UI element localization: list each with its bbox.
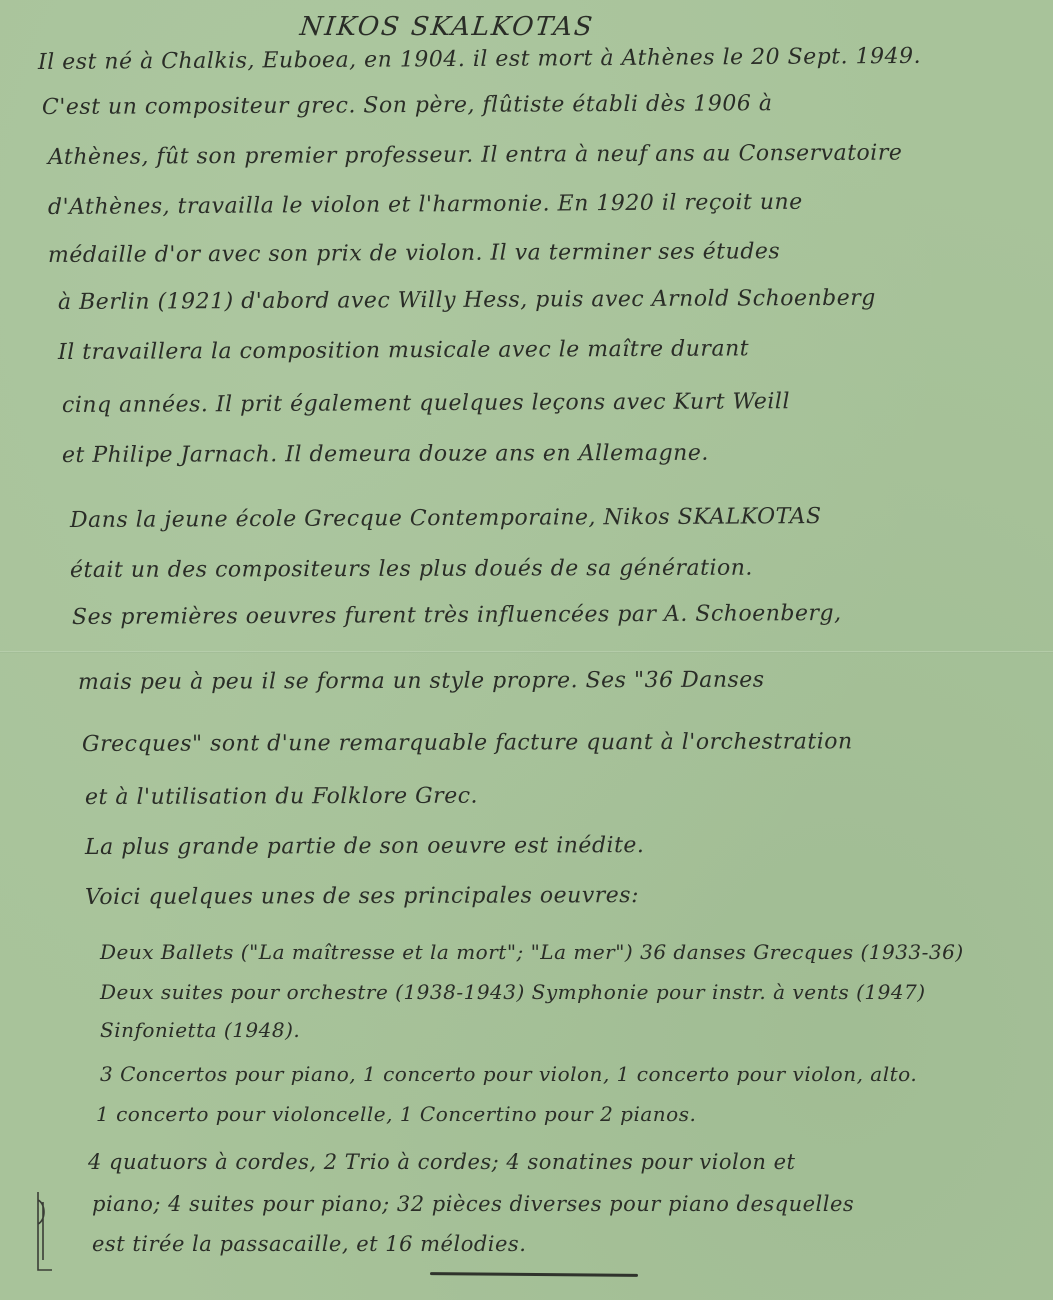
text-line: et à l'utilisation du Folklore Grec. [85, 784, 478, 810]
text-line: mais peu à peu il se forma un style prop… [78, 668, 765, 695]
text-line: était un des compositeurs les plus doués… [70, 556, 753, 583]
text-line: et Philipe Jarnach. Il demeura douze ans… [62, 441, 709, 468]
text-line: Voici quelques unes de ses principales o… [85, 883, 639, 910]
works-line: 1 concerto pour violoncelle, 1 Concertin… [96, 1102, 696, 1126]
text-line: à Berlin (1921) d'abord avec Willy Hess,… [58, 286, 876, 315]
text-line: cinq années. Il prit également quelques … [62, 389, 790, 418]
text-line: médaille d'or avec son prix de violon. I… [48, 239, 780, 268]
text-line: La plus grande partie de son oeuvre est … [85, 833, 644, 860]
text-line: Grecques" sont d'une remarquable facture… [82, 729, 853, 757]
paper-fold-line [0, 651, 1053, 653]
text-line: Dans la jeune école Grecque Contemporain… [70, 504, 822, 533]
text-line: Athènes, fût son premier professeur. Il … [48, 141, 902, 170]
text-line: Il travaillera la composition musicale a… [58, 336, 749, 365]
works-line: est tirée la passacaille, et 16 mélodies… [92, 1232, 526, 1256]
works-line: Deux suites pour orchestre (1938-1943) S… [100, 980, 926, 1004]
works-line: 4 quatuors à cordes, 2 Trio à cordes; 4 … [88, 1150, 795, 1174]
works-line: piano; 4 suites pour piano; 32 pièces di… [92, 1192, 854, 1216]
works-line: Sinfonietta (1948). [100, 1018, 300, 1042]
margin-annotation-mark [32, 1190, 54, 1275]
text-line: C'est un compositeur grec. Son père, flû… [42, 91, 773, 120]
text-line: Ses premières oeuvres furent très influe… [72, 601, 842, 630]
works-line: 3 Concertos pour piano, 1 concerto pour … [100, 1062, 917, 1086]
document-title: NIKOS SKALKOTAS [298, 12, 595, 42]
works-line: Deux Ballets ("La maîtresse et la mort";… [100, 940, 964, 964]
text-line: d'Athènes, travailla le violon et l'harm… [48, 190, 803, 220]
